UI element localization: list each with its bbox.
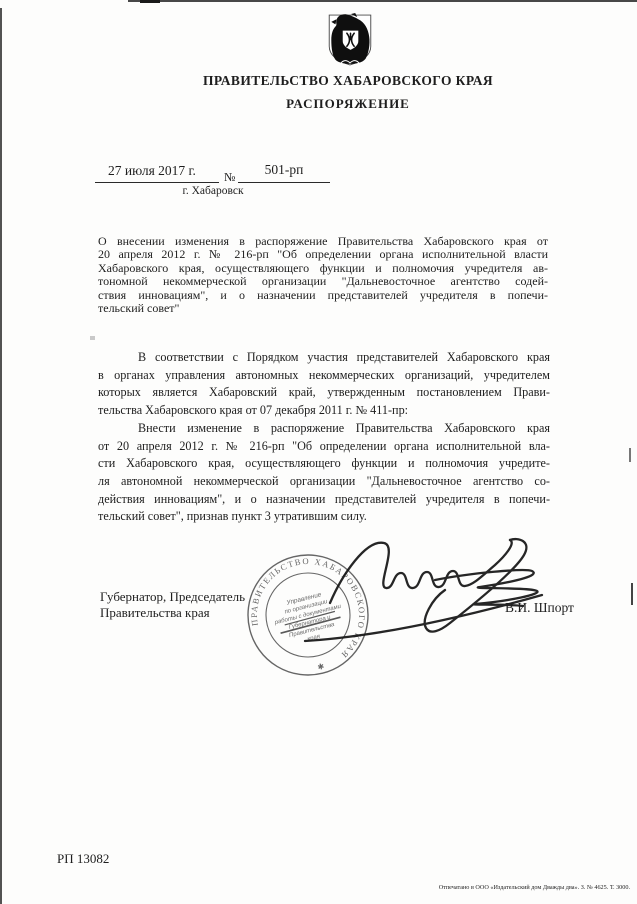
scan-smudge [90, 336, 95, 340]
body-line: которых является Хабаровский край, утвер… [98, 384, 550, 402]
document-type-title: РАСПОРЯЖЕНИЕ [58, 96, 637, 112]
signer-post-line1: Губернатор, Председатель [100, 589, 245, 605]
scanned-document-page: ПРАВИТЕЛЬСТВО ХАБАРОВСКОГО КРАЯ РАСПОРЯЖ… [0, 0, 637, 904]
title-line: 20 апреля 2012 г. № 216-рп "Об определен… [98, 248, 548, 261]
document-date: 27 июля 2017 г. [108, 163, 196, 179]
scan-right-mark-1 [629, 448, 631, 462]
title-line: тельский совет" [98, 302, 548, 315]
scan-left-edge-line [0, 8, 2, 904]
body-line: в органах управления автономных некоммер… [98, 367, 550, 385]
title-line: ствия инновациям", и о назначении предст… [98, 289, 548, 302]
registration-code: РП 13082 [57, 851, 109, 867]
handwritten-signature [280, 535, 610, 655]
scan-top-edge-line [128, 0, 637, 2]
scan-right-mark-2 [631, 583, 633, 605]
signer-post: Губернатор, Председатель Правительства к… [100, 589, 245, 620]
body-line: тельства Хабаровского края от 07 декабря… [98, 402, 550, 420]
body-line: действия инновациям", и о назначении пре… [98, 491, 550, 509]
number-underline [238, 182, 330, 183]
scan-top-edge-blob [140, 0, 160, 3]
signer-name: В.И. Шпорт [505, 600, 574, 616]
signer-post-line2: Правительства края [100, 605, 245, 621]
title-line: тономной некоммерческой организации "Дал… [98, 275, 548, 288]
body-line: В соответствии с Порядком участия предст… [98, 349, 550, 367]
number-sign: № [224, 170, 235, 185]
body-line: сти Хабаровского края, осуществляющего ф… [98, 455, 550, 473]
document-number: 501-рп [238, 162, 330, 178]
document-body: В соответствии с Порядком участия предст… [98, 349, 550, 526]
stamp-star-separator: ✱ [317, 662, 326, 672]
title-line: О внесении изменения в распоряжение Прав… [98, 235, 548, 248]
khabarovsk-coat-of-arms-icon [323, 13, 377, 67]
title-line: Хабаровского края, осуществляющего функц… [98, 262, 548, 275]
date-underline [95, 182, 219, 183]
document-title-block: О внесении изменения в распоряжение Прав… [98, 235, 548, 315]
body-line: Внести изменение в распоряжение Правител… [98, 420, 550, 438]
body-line: ля автономной некоммерческой организации… [98, 473, 550, 491]
org-name: ПРАВИТЕЛЬСТВО ХАБАРОВСКОГО КРАЯ [58, 73, 637, 89]
document-city: г. Хабаровск [95, 185, 331, 197]
print-house-note: Отпечатано в ООО «Издательский дом Дважд… [439, 884, 630, 891]
body-line: тельский совет", признав пункт 3 утратив… [98, 508, 550, 526]
body-line: от 20 апреля 2012 г. № 216-рп "Об опреде… [98, 438, 550, 456]
